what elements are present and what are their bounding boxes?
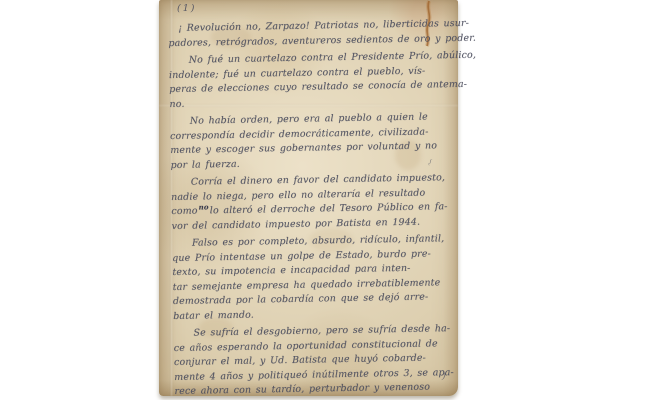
inserted-word: no: [198, 202, 208, 211]
manuscript-page: ᶘ (1) ¡ Revolución no, Zarpazo! Patriota…: [159, 0, 458, 396]
line-text: lo alteró el derroche del Tesoro Público…: [210, 201, 448, 216]
line-text: como: [171, 206, 197, 217]
handwritten-text: ¡ Revolución no, Zarpazo! Patriotas no, …: [168, 14, 461, 399]
page-number: (1): [177, 3, 196, 14]
stray-ink-mark: ): [441, 372, 446, 382]
